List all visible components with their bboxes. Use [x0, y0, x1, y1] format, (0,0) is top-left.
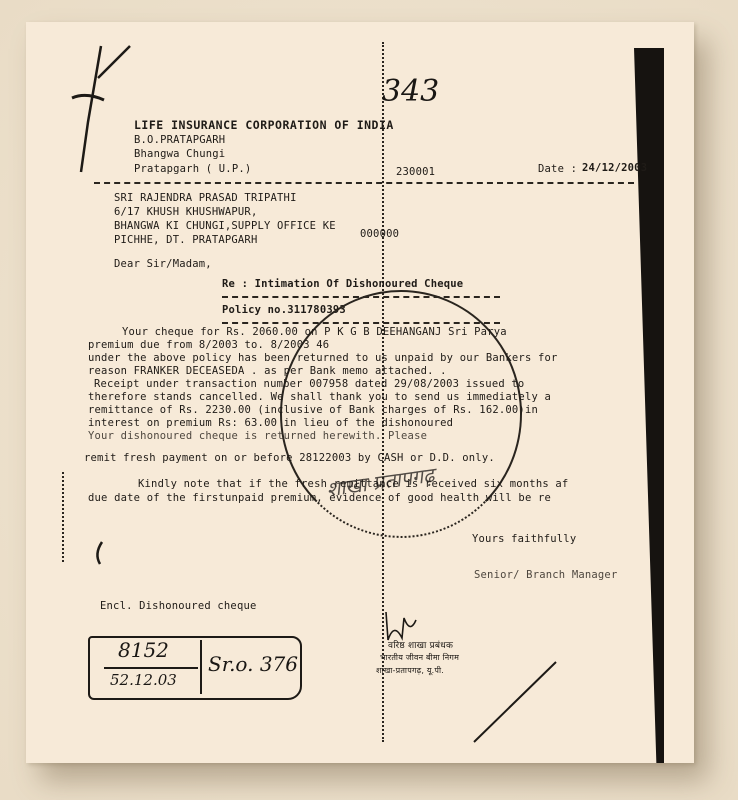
recipient-line-3: BHANGWA KI CHUNGI,SUPPLY OFFICE KE — [114, 220, 336, 232]
handwritten-receipt-box: 8152 52.12.03 Sr.o. 376 — [88, 636, 302, 700]
recipient-line-4: PICHHE, DT. PRATAPGARH — [114, 234, 257, 246]
box-divider — [200, 640, 202, 694]
receipt-date: 52.12.03 — [110, 671, 177, 689]
divider — [94, 182, 634, 184]
recipient-code: 000000 — [360, 228, 399, 240]
office-address-2: Pratapgarh ( U.P.) — [134, 163, 251, 175]
body-line-3: under the above policy has been returned… — [88, 352, 558, 364]
margin-dots — [62, 472, 64, 562]
date-label: Date : — [538, 163, 577, 175]
closing: Yours faithfully — [472, 533, 576, 545]
salutation: Dear Sir/Madam, — [114, 258, 212, 270]
signature-line-3: शाखा-प्रतापगढ़, यू.पी. — [376, 665, 444, 676]
signature-line-2: भारतीय जीवन बीमा निगम — [380, 652, 459, 663]
page-number: 343 — [382, 74, 439, 109]
body-line-4: reason FRANKER DECEASEDA . as per Bank m… — [88, 365, 447, 377]
designation: Senior/ Branch Manager — [474, 569, 617, 581]
note-line-1: Kindly note that if the fresh remittance… — [138, 478, 568, 490]
body-line-9: Your dishonoured cheque is returned here… — [88, 430, 427, 442]
enclosure: Encl. Dishonoured cheque — [100, 600, 257, 612]
date-value: 24/12/2003 — [582, 162, 647, 174]
recipient-line-1: SRI RAJENDRA PRASAD TRIPATHI — [114, 192, 297, 204]
body-line-2: premium due from 8/2003 to. 8/2003 46 — [88, 339, 329, 351]
pin-code: 230001 — [396, 166, 435, 178]
fraction-line — [104, 667, 198, 669]
office-name: B.O.PRATAPGARH — [134, 134, 225, 146]
scanned-letter: 343 LIFE INSURANCE CORPORATION OF INDIA … — [26, 22, 694, 763]
body-line-10: remit fresh payment on or before 2812200… — [84, 452, 495, 464]
subject: Re : Intimation Of Dishonoured Cheque — [222, 278, 463, 290]
org-name: LIFE INSURANCE CORPORATION OF INDIA — [134, 118, 394, 132]
signature-line-1: वरिष्ठ शाखा प्रबंधक — [388, 638, 453, 651]
note-line-2: due date of the firstunpaid premium, evi… — [88, 492, 551, 504]
office-address-1: Bhangwa Chungi — [134, 148, 225, 160]
body-line-6: therefore stands cancelled. We shall tha… — [88, 391, 551, 403]
serial-number: Sr.o. 376 — [208, 652, 298, 676]
body-line-7: remittance of Rs. 2230.00 (inclusive of … — [88, 404, 538, 416]
receipt-number: 8152 — [118, 638, 169, 662]
body-line-5: Receipt under transaction number 007958 … — [94, 378, 524, 390]
body-line-8: interest on premium Rs: 63.00 in lieu of… — [88, 417, 453, 429]
recipient-line-2: 6/17 KHUSH KHUSHWAPUR, — [114, 206, 257, 218]
body-line-1: Your cheque for Rs. 2060.00 on P K G B D… — [122, 326, 507, 338]
